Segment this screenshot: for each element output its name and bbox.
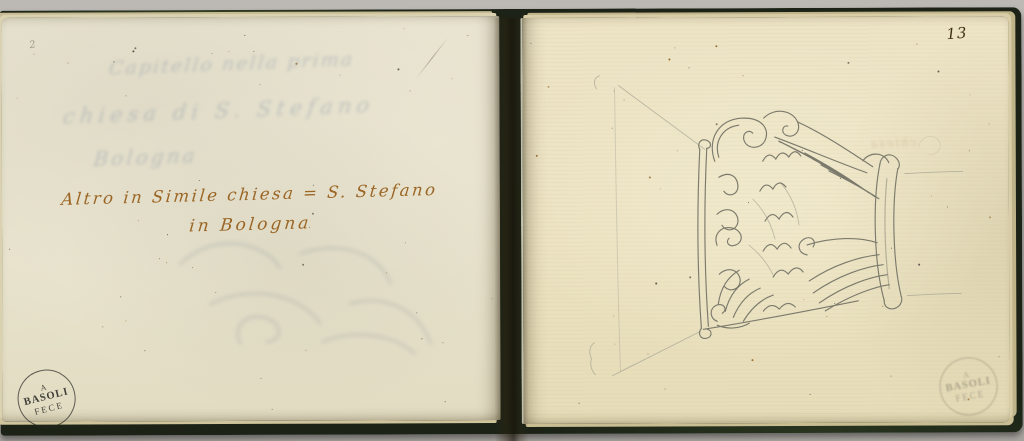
paper-speck xyxy=(145,350,146,351)
paper-speck xyxy=(244,35,245,36)
paper-crease xyxy=(416,37,449,79)
collector-stamp-left: A BASOLI FECE xyxy=(11,363,81,433)
paper-speck xyxy=(271,409,272,410)
paper-speck xyxy=(260,83,261,84)
paper-speck xyxy=(467,36,468,37)
page-number: 13 xyxy=(946,24,968,43)
paper-speck xyxy=(535,155,537,157)
paper-speck xyxy=(120,296,121,297)
paper-speck xyxy=(444,401,445,402)
paper-speck xyxy=(132,50,134,52)
paper-speck xyxy=(102,326,103,327)
ghost-line-2: chiesa di S. Stefano xyxy=(62,93,376,129)
ghost-drawing-bleedthrough xyxy=(152,221,473,392)
sketchbook: 2 Capitello nella prima chiesa di S. Ste… xyxy=(0,7,1023,436)
paper-speck xyxy=(452,78,453,79)
paper-speck xyxy=(547,86,549,88)
paper-speck xyxy=(491,298,492,299)
paper-speck xyxy=(125,320,126,321)
ink-caption-line-1: Altro in Simile chiesa = S. Stefano xyxy=(39,179,461,209)
corinthian-capital-sketch xyxy=(566,48,987,409)
ghost-handwriting: Capitello nella prima chiesa di S. Stefa… xyxy=(1,16,499,18)
paper-speck xyxy=(989,123,990,124)
paper-speck xyxy=(199,180,200,181)
paper-speck xyxy=(229,51,230,52)
paper-speck xyxy=(916,44,917,45)
paper-speck xyxy=(715,45,717,47)
paper-speck xyxy=(9,249,10,250)
paper-speck xyxy=(531,43,532,44)
paper-speck xyxy=(68,63,69,64)
corner-pencil-mark: 2 xyxy=(28,39,36,51)
paper-speck xyxy=(998,356,999,357)
ghost-line-3: Bologna xyxy=(92,143,199,171)
paper-speck xyxy=(397,69,399,71)
paper-speck xyxy=(674,47,675,48)
ghost-line-1: Capitello nella prima xyxy=(108,48,356,79)
paper-speck xyxy=(134,47,136,49)
paper-speck xyxy=(340,75,341,76)
paper-speck xyxy=(403,28,404,29)
paper-speck xyxy=(34,54,35,55)
paper-speck xyxy=(16,97,17,98)
paper-speck xyxy=(409,90,410,91)
paper-speck xyxy=(125,95,126,96)
paper-speck xyxy=(989,216,991,218)
left-page: 2 Capitello nella prima chiesa di S. Ste… xyxy=(1,16,500,422)
right-page: 13 chiesa xyxy=(520,16,1009,424)
